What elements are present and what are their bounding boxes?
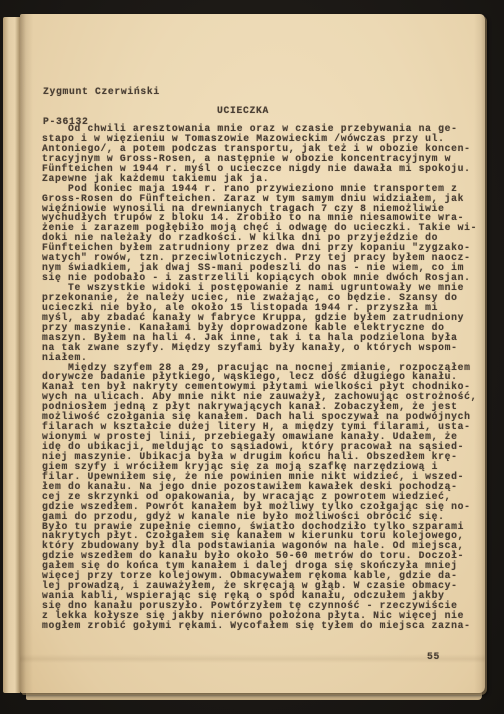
text-line: mogłem zrobić gołymi rękami. Wycofałem s… <box>42 621 477 631</box>
document-title: UCIECZKA <box>217 105 269 116</box>
text-line: niałem. <box>42 353 477 363</box>
body-text: Od chwili aresztowania mnie oraz w czasi… <box>42 124 477 631</box>
page-number: 55 <box>427 651 440 662</box>
text-line: Gross-Rosen do Fünfteichen. Zaraz w tym … <box>42 194 477 204</box>
text-line: na tak zwane szyfy. Między szyfami były … <box>42 343 477 353</box>
document-page: Zygmunt Czerwiński P-36132 UCIECZKA Od c… <box>20 14 485 693</box>
author-name: Zygmunt Czerwiński <box>43 87 160 97</box>
scan-background: Zygmunt Czerwiński P-36132 UCIECZKA Od c… <box>0 0 504 714</box>
under-page-edge <box>26 692 482 700</box>
adjacent-page-edge <box>3 17 20 693</box>
text-line: gami do przodu, gdyż w kanale nie było m… <box>42 512 477 522</box>
